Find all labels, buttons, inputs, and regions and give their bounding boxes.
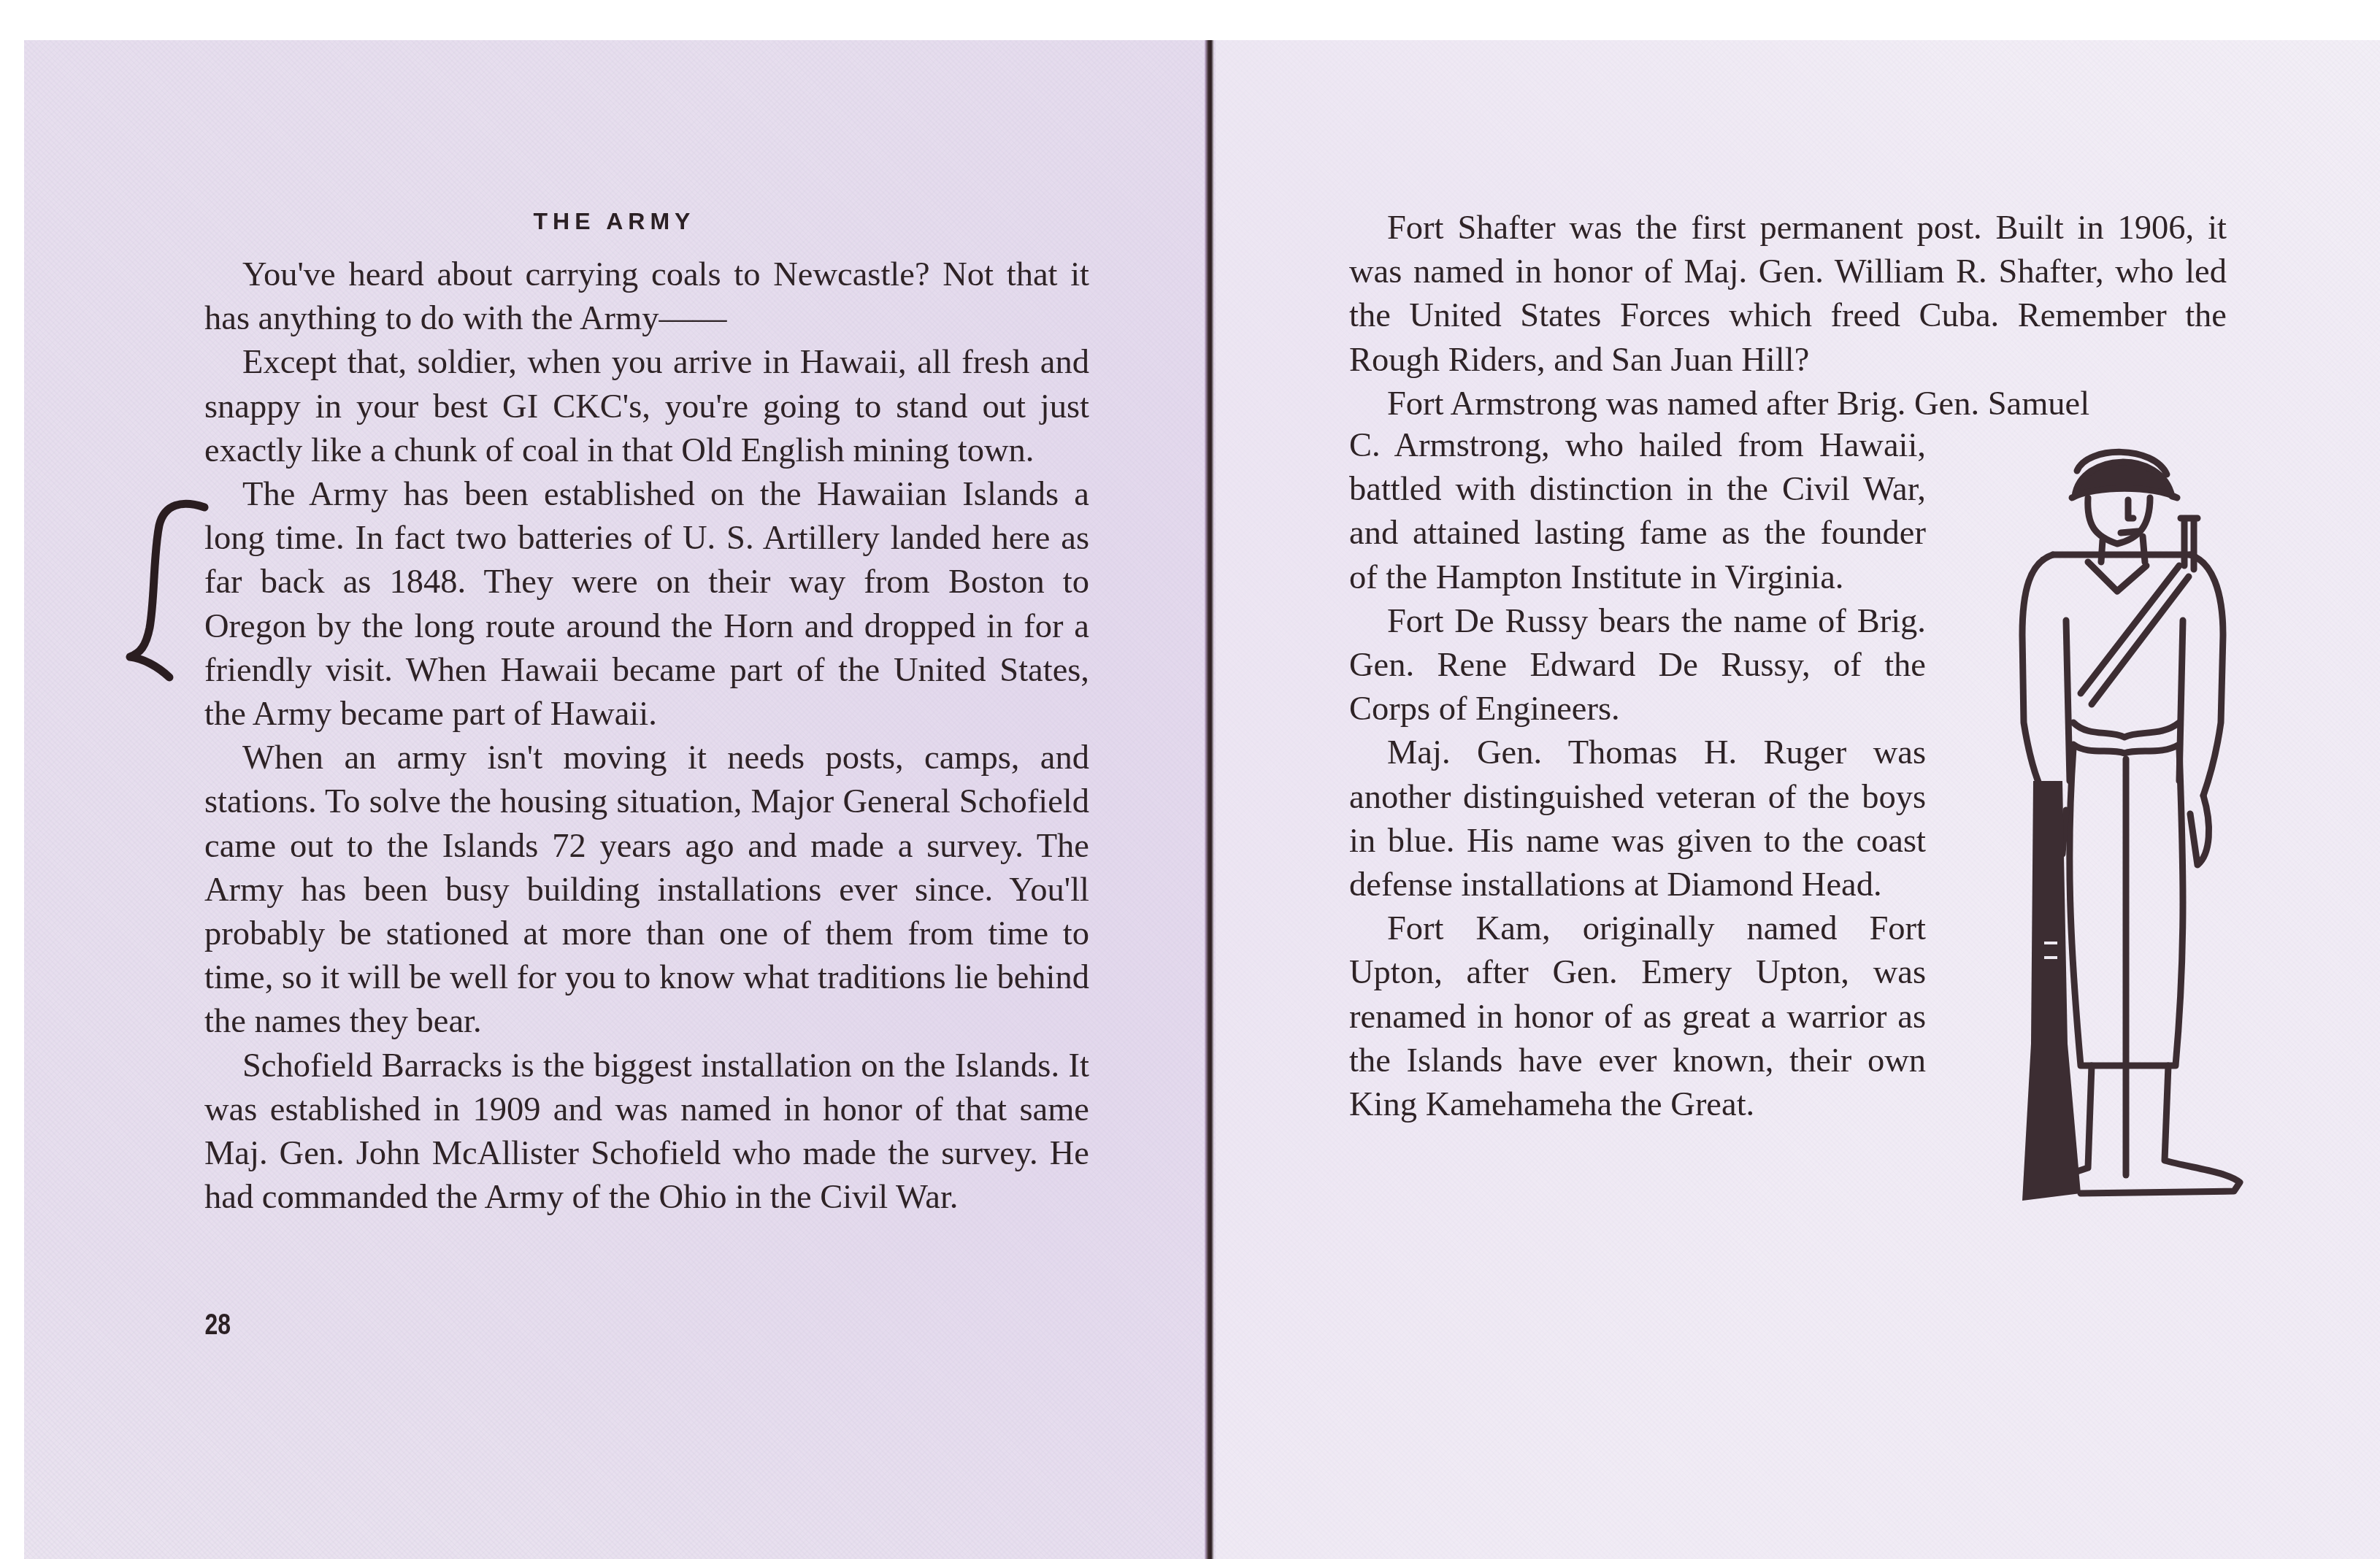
left-page-body: You've heard about carrying coals to New…	[204, 253, 1089, 1220]
page-number: 28	[204, 1309, 231, 1341]
book-spine	[1205, 40, 1214, 1559]
paragraph: Fort De Russy bears the name of Brig. Ge…	[1349, 600, 1926, 732]
paragraph: Maj. Gen. Thomas H. Ruger was another di…	[1349, 731, 1926, 907]
left-page: THE ARMY You've heard about carrying coa…	[24, 40, 1205, 1559]
right-page-body-top: Fort Shafter was the first permanent pos…	[1349, 207, 2227, 426]
paragraph: Fort Shafter was the first permanent pos…	[1349, 207, 2227, 382]
paragraph: Schofield Barracks is the biggest instal…	[204, 1044, 1089, 1220]
paragraph: You've heard about carrying coals to New…	[204, 253, 1089, 341]
running-head: THE ARMY	[24, 208, 1205, 235]
paragraph-continued: C. Armstrong, who hailed from Hawaii, ba…	[1349, 424, 1926, 600]
soldier-with-rifle-icon	[1971, 416, 2263, 1277]
paragraph: Except that, soldier, when you arrive in…	[204, 341, 1089, 473]
paragraph: Fort Kam, originally named Fort Upton, a…	[1349, 907, 1926, 1127]
paragraph: The Army has been established on the Haw…	[204, 473, 1089, 736]
right-page-body-beside-illustration: C. Armstrong, who hailed from Hawaii, ba…	[1349, 424, 1926, 1127]
margin-bracket-icon	[110, 474, 256, 693]
paragraph: When an army isn't moving it needs posts…	[204, 736, 1089, 1044]
soldier-illustration	[1971, 416, 2263, 1277]
